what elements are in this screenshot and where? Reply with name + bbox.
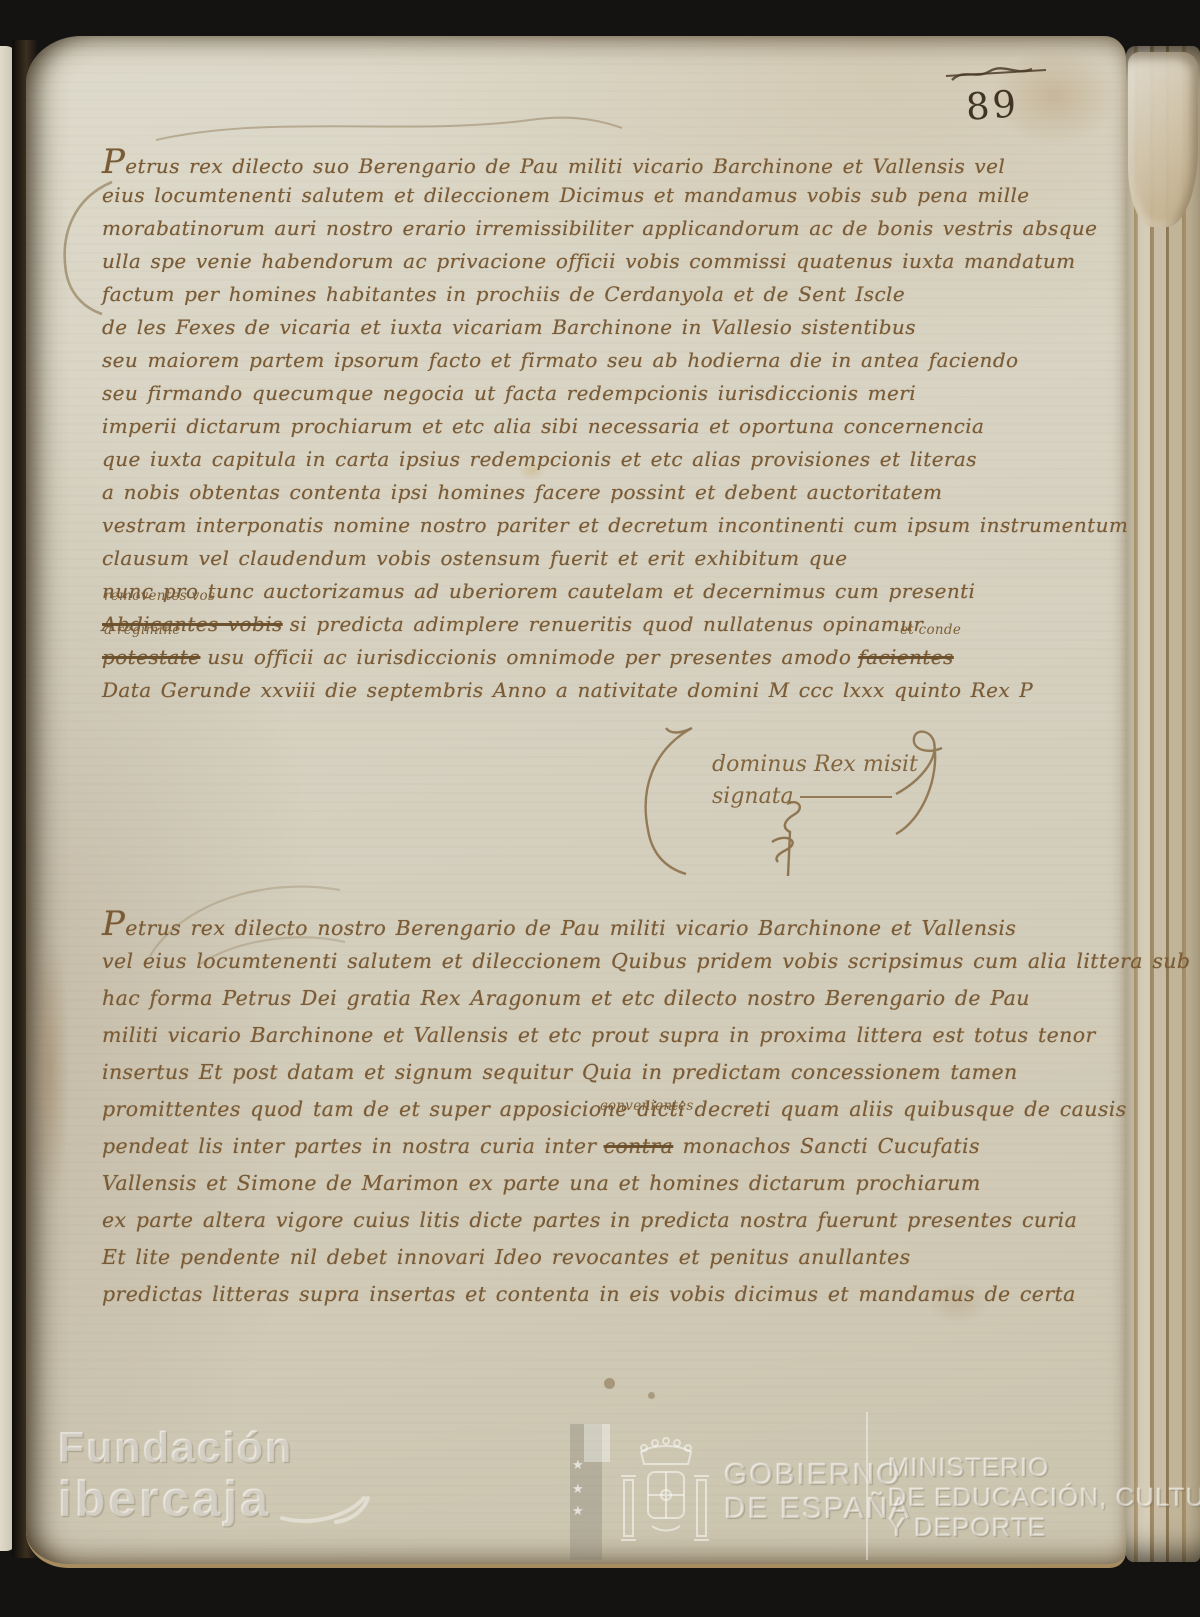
manuscript-line: insertus Et post datam et signum sequitu… bbox=[102, 1054, 1042, 1091]
manuscript-line: vel eius locumtenenti salutem et dilecci… bbox=[102, 943, 1042, 980]
line-text: usu officii ac iurisdiccionis omnimode p… bbox=[207, 645, 851, 669]
interlinear-correction: removentes vos bbox=[104, 589, 215, 603]
manuscript-line: factum per homines habitantes in prochii… bbox=[102, 278, 1037, 311]
manuscript-line: nunc pro tunc auctorizamus ad uberiorem … bbox=[102, 575, 1037, 608]
struck-text: potestate bbox=[102, 645, 200, 669]
pen-trial-flourish-icon bbox=[150, 102, 630, 146]
manuscript-line: Vallensis et Simone de Marimon ex parte … bbox=[102, 1165, 1042, 1202]
line-text: monachos Sancti Cucufatis bbox=[683, 1134, 980, 1158]
ink-spot bbox=[604, 1378, 615, 1389]
star-icon: ★ bbox=[572, 1504, 584, 1519]
notarial-paraph-icon bbox=[762, 798, 812, 886]
watermark-fundacion: Fundación bbox=[58, 1424, 293, 1473]
manuscript-line: ulla spe venie habendorum ac privacione … bbox=[102, 245, 1037, 278]
spain-logo-flag-notch bbox=[584, 1424, 610, 1462]
star-icon: ★ bbox=[572, 1458, 584, 1473]
interlinear-correction: convenientes bbox=[600, 1099, 694, 1113]
watermark-divider bbox=[866, 1412, 868, 1560]
manuscript-line: seu maiorem partem ipsorum facto et firm… bbox=[102, 344, 1037, 377]
struck-text: contra bbox=[604, 1134, 674, 1158]
star-icon: ★ bbox=[572, 1482, 584, 1497]
watermark-ibercaja: ibercaja bbox=[58, 1470, 271, 1528]
watermark-ministerio: Y DEPORTE bbox=[888, 1512, 1046, 1543]
manuscript-line: imperii dictarum prochiarum et etc alia … bbox=[102, 410, 1037, 443]
pen-stroke bbox=[800, 796, 892, 798]
manuscript-line: promittentes quod tam de et super apposi… bbox=[102, 1091, 1042, 1128]
watermark-ministerio: DE EDUCACIÓN, CULTURA bbox=[888, 1482, 1200, 1513]
following-leaf-corner bbox=[1128, 52, 1198, 227]
watermark-gobierno: GOBIERNO bbox=[724, 1458, 902, 1492]
interlinear-correction: et conde bbox=[900, 623, 961, 637]
manuscript-line: Petrus rex dilecto nostro Berengario de … bbox=[102, 906, 1042, 943]
letter-2-text-block: Petrus rex dilecto nostro Berengario de … bbox=[102, 906, 1042, 1313]
paper-stain bbox=[30, 930, 70, 1210]
manuscript-line: morabatinorum auri nostro erario irremis… bbox=[102, 212, 1037, 245]
manuscript-line: seu firmando quecumque negocia ut facta … bbox=[102, 377, 1037, 410]
letter-1-text-block: Petrus rex dilecto suo Berengario de Pau… bbox=[102, 146, 1037, 707]
manuscript-line: Et lite pendente nil debet innovari Ideo… bbox=[102, 1239, 1042, 1276]
manuscript-line: vestram interponatis nomine nostro parit… bbox=[102, 509, 1037, 542]
manuscript-date-line: Data Gerunde xxviii die septembris Anno … bbox=[102, 674, 1037, 707]
manuscript-line: militi vicario Barchinone et Vallensis e… bbox=[102, 1017, 1042, 1054]
manuscript-line-corrected: Abdicantes vobissi predicta adimplere re… bbox=[102, 608, 1037, 641]
book-fore-edge bbox=[1126, 46, 1200, 1562]
struck-text: facientes bbox=[858, 645, 953, 669]
manuscript-line: a nobis obtentas contenta ipsi homines f… bbox=[102, 476, 1037, 509]
interlinear-correction: a regimine bbox=[104, 623, 181, 637]
line-text: pendeat lis inter partes in nostra curia… bbox=[102, 1134, 597, 1158]
watermark-ministerio: MINISTERIO bbox=[888, 1452, 1050, 1483]
manuscript-line: ex parte altera vigore cuius litis dicte… bbox=[102, 1202, 1042, 1239]
manuscript-line: de les Fexes de vicaria et iuxta vicaria… bbox=[102, 311, 1037, 344]
bracket-flourish-icon bbox=[636, 724, 706, 880]
right-flourish-icon bbox=[888, 722, 964, 842]
manuscript-line: hac forma Petrus Dei gratia Rex Aragonum… bbox=[102, 980, 1042, 1017]
watermark-gobierno: DE ESPAÑA bbox=[724, 1492, 912, 1526]
chancery-note-group: dominus Rex misit signata bbox=[636, 722, 976, 892]
manuscript-line-corrected: pendeat lis inter partes in nostra curia… bbox=[102, 1128, 1042, 1165]
manuscript-line: Petrus rex dilecto suo Berengario de Pau… bbox=[102, 146, 1037, 179]
line-text: si predicta adimplere renueritis quod nu… bbox=[290, 612, 924, 636]
manuscript-line-corrected: potestateusu officii ac iurisdiccionis o… bbox=[102, 641, 1037, 674]
spain-coat-of-arms-icon bbox=[608, 1436, 720, 1564]
manuscript-line: que iuxta capitula in carta ipsius redem… bbox=[102, 443, 1037, 476]
ibercaja-swoosh-icon bbox=[278, 1488, 374, 1528]
manuscript-line: clausum vel claudendum vobis ostensum fu… bbox=[102, 542, 1037, 575]
manuscript-line: predictas litteras supra insertas et con… bbox=[102, 1276, 1042, 1313]
manuscript-line: eius locumtenenti salutem et dileccionem… bbox=[102, 179, 1037, 212]
ink-spot bbox=[648, 1392, 655, 1399]
folio-number: 89 bbox=[965, 82, 1021, 129]
manuscript-photo-page: 89 Petrus rex dilecto suo Berengario de … bbox=[0, 0, 1200, 1617]
